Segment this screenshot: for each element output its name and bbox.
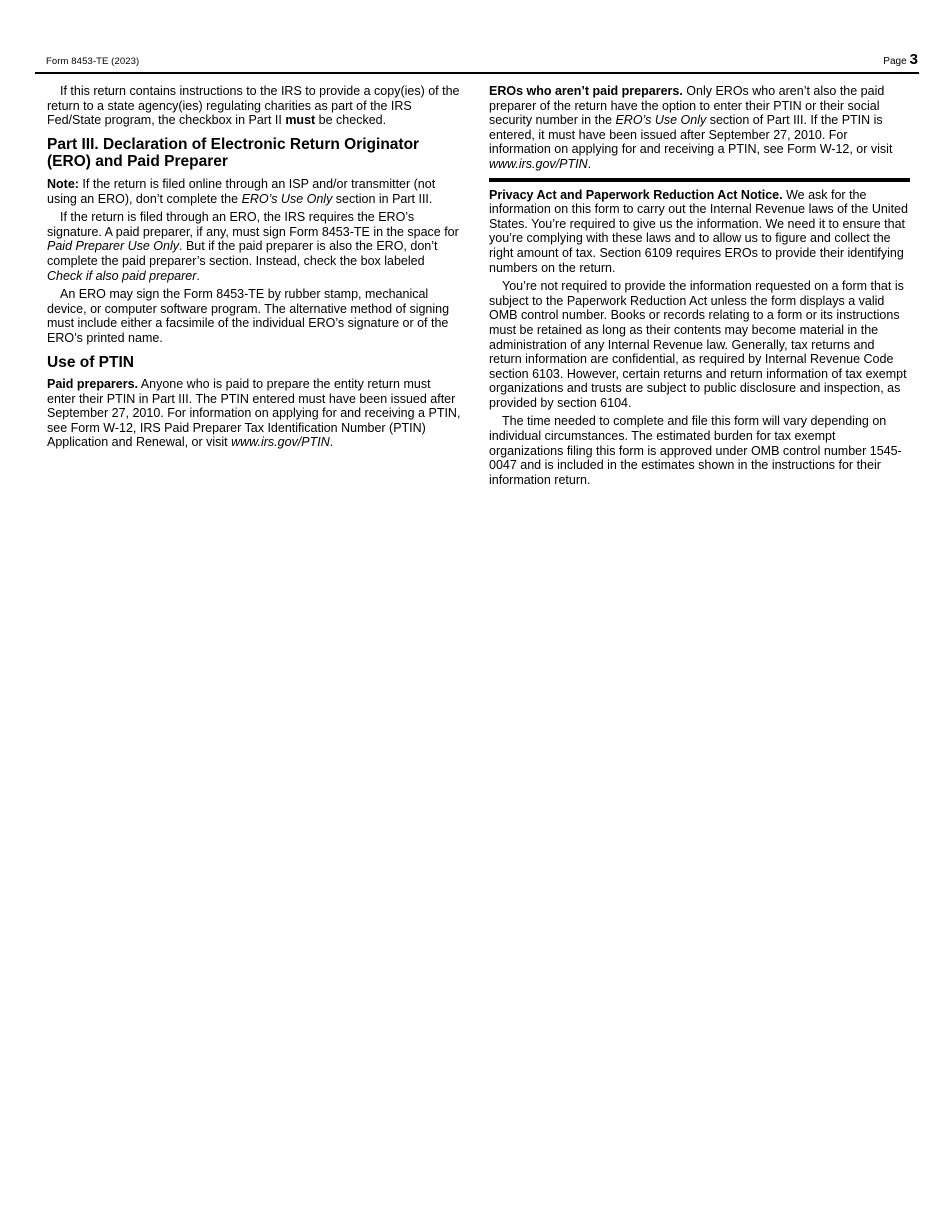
part3-heading: Part III. Declaration of Electronic Retu… (47, 136, 461, 171)
ero-filing-paragraph: If the return is filed through an ERO, t… (47, 210, 461, 283)
time-needed-paragraph: The time needed to complete and file thi… (489, 414, 910, 487)
form-number: Form 8453-TE (2023) (46, 56, 139, 67)
right-column: EROs who aren’t paid preparers. Only ERO… (489, 84, 910, 491)
intro-paragraph: If this return contains instructions to … (47, 84, 461, 128)
ptin-heading: Use of PTIN (47, 354, 461, 372)
page-number: 3 (910, 51, 918, 68)
section-divider-rule (489, 178, 910, 182)
page-label: Page (883, 56, 906, 67)
eros-not-paid-paragraph: EROs who aren’t paid preparers. Only ERO… (489, 84, 910, 172)
paid-preparers-paragraph: Paid preparers. Anyone who is paid to pr… (47, 377, 461, 450)
document-page: Form 8453-TE (2023) Page3 If this return… (0, 0, 950, 1230)
page-indicator: Page3 (883, 51, 918, 68)
ero-signing-paragraph: An ERO may sign the Form 8453-TE by rubb… (47, 287, 461, 345)
note-paragraph: Note: If the return is filed online thro… (47, 177, 461, 206)
header-rule (35, 72, 919, 74)
privacy-paragraph: Privacy Act and Paperwork Reduction Act … (489, 188, 910, 276)
left-column: If this return contains instructions to … (47, 84, 461, 454)
paperwork-paragraph: You’re not required to provide the infor… (489, 279, 910, 410)
